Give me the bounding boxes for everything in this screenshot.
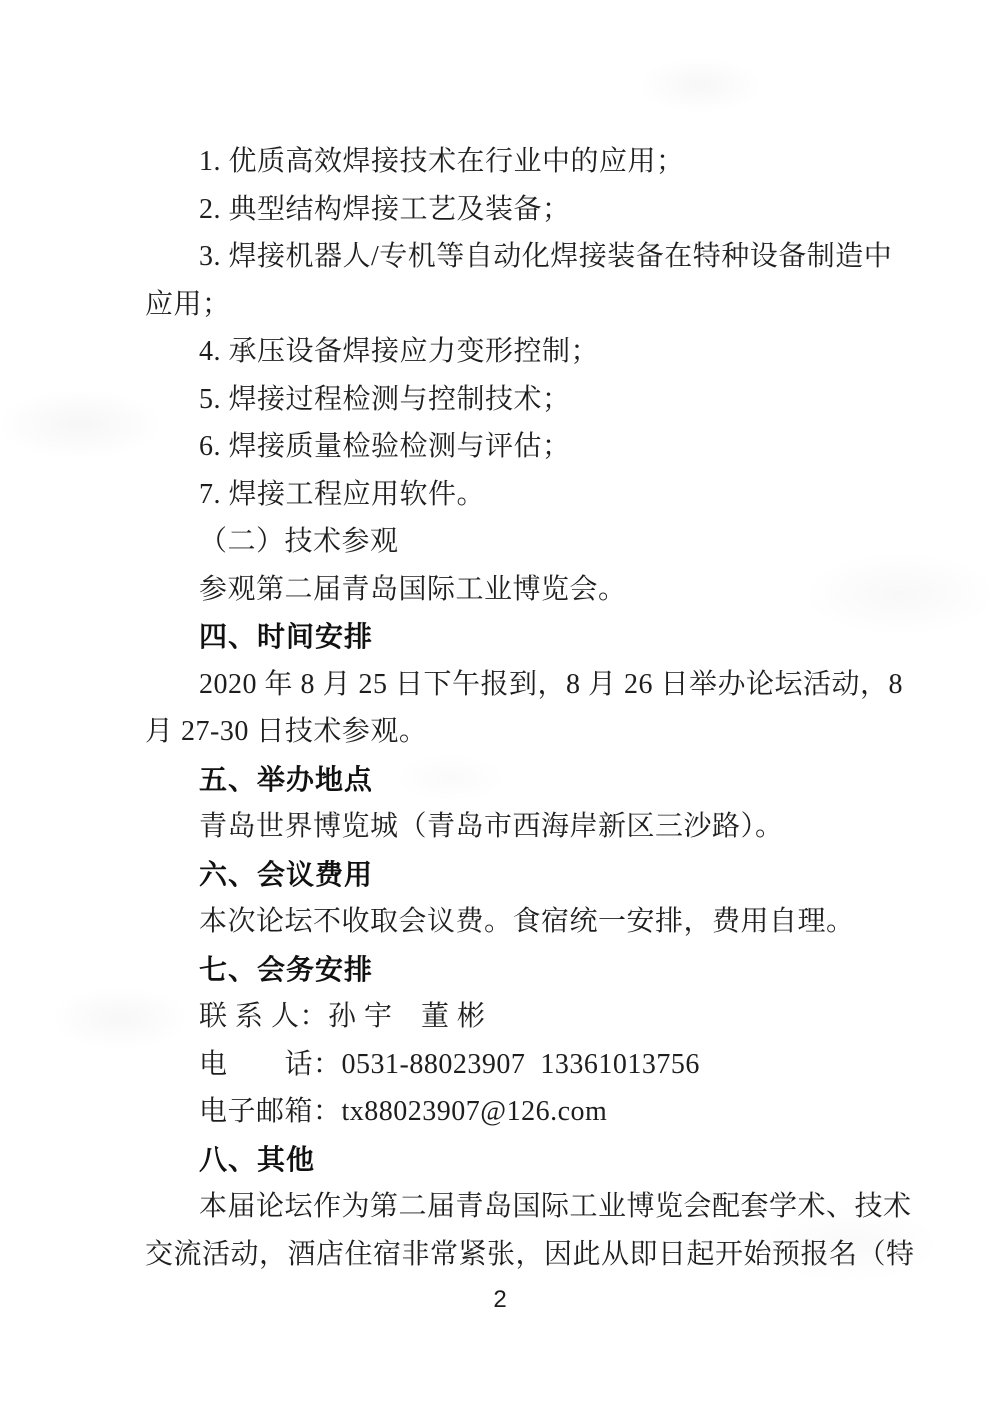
list-item-3-wrap: 应用； [145, 281, 868, 329]
paragraph-other: 本届论坛作为第二届青岛国际工业博览会配套学术、技术 [145, 1183, 868, 1231]
list-item-5: 5. 焊接过程检测与控制技术； [145, 376, 868, 424]
section-heading-logistics: 七、会务安排 [145, 946, 868, 994]
section-heading-fees: 六、会议费用 [145, 851, 868, 899]
section-heading-schedule: 四、时间安排 [145, 613, 868, 661]
subsection-tech-visit: （二）技术参观 [145, 518, 868, 566]
list-item-7: 7. 焊接工程应用软件。 [145, 471, 868, 519]
paragraph-schedule: 2020 年 8 月 25 日下午报到，8 月 26 日举办论坛活动，8 [145, 661, 868, 709]
paragraph-schedule-wrap: 月 27-30 日技术参观。 [145, 708, 868, 756]
page-number: 2 [0, 1284, 1000, 1316]
paragraph-expo-visit: 参观第二届青岛国际工业博览会。 [145, 566, 868, 614]
paragraph-other-wrap: 交流活动，酒店住宿非常紧张，因此从即日起开始预报名（特 [145, 1231, 868, 1279]
contact-email-line: 电子邮箱：tx88023907@126.com [145, 1088, 868, 1136]
list-item-3: 3. 焊接机器人/专机等自动化焊接装备在特种设备制造中 [145, 233, 868, 281]
paragraph-fees: 本次论坛不收取会议费。食宿统一安排，费用自理。 [145, 898, 868, 946]
list-item-6: 6. 焊接质量检验检测与评估； [145, 423, 868, 471]
list-item-2: 2. 典型结构焊接工艺及装备； [145, 186, 868, 234]
contact-phone-line: 电 话：0531-88023907 13361013756 [145, 1041, 868, 1089]
contact-person-line: 联 系 人：孙 宇 董 彬 [145, 993, 868, 1041]
list-item-1: 1. 优质高效焊接技术在行业中的应用； [145, 138, 868, 186]
section-heading-other: 八、其他 [145, 1136, 868, 1184]
document-page: 1. 优质高效焊接技术在行业中的应用； 2. 典型结构焊接工艺及装备； 3. 焊… [0, 0, 1000, 1414]
paragraph-venue: 青岛世界博览城（青岛市西海岸新区三沙路）。 [145, 803, 868, 851]
section-heading-venue: 五、举办地点 [145, 756, 868, 804]
document-body: 1. 优质高效焊接技术在行业中的应用； 2. 典型结构焊接工艺及装备； 3. 焊… [145, 138, 868, 1278]
list-item-4: 4. 承压设备焊接应力变形控制； [145, 328, 868, 376]
